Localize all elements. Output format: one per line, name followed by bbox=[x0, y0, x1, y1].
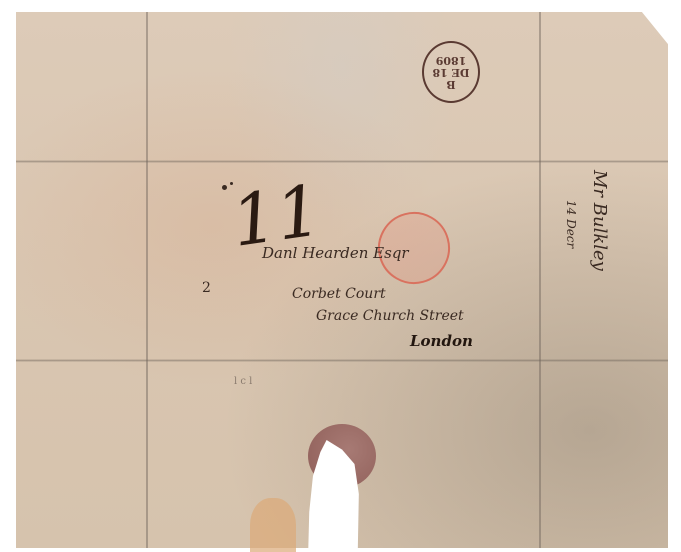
postmark-line1: B bbox=[446, 78, 455, 90]
address-line-2: Corbet Court bbox=[292, 286, 386, 302]
docket-note: 14 Decr bbox=[564, 200, 578, 248]
docket-name: Mr Bulkley bbox=[589, 170, 610, 271]
address-line-1: Danl Hearden Esqr bbox=[262, 244, 409, 262]
ink-blot bbox=[230, 182, 233, 185]
black-datestamp-postmark: B DE 18 1809 bbox=[422, 41, 480, 103]
paper-stain bbox=[250, 498, 296, 552]
faint-pencil-note: l c l bbox=[234, 376, 252, 387]
fold-line-vertical-right bbox=[539, 12, 541, 548]
ink-blot bbox=[222, 185, 227, 190]
side-number: 2 bbox=[202, 280, 211, 296]
postmark-line3: 1809 bbox=[436, 54, 467, 66]
postmark-line2: DE 18 bbox=[432, 66, 469, 78]
fold-line-horizontal-bottom bbox=[16, 359, 668, 362]
fold-line-horizontal-top bbox=[16, 160, 668, 163]
fold-line-vertical-left bbox=[146, 12, 148, 548]
address-line-3: Grace Church Street bbox=[316, 308, 464, 324]
address-line-4: London bbox=[410, 332, 473, 350]
